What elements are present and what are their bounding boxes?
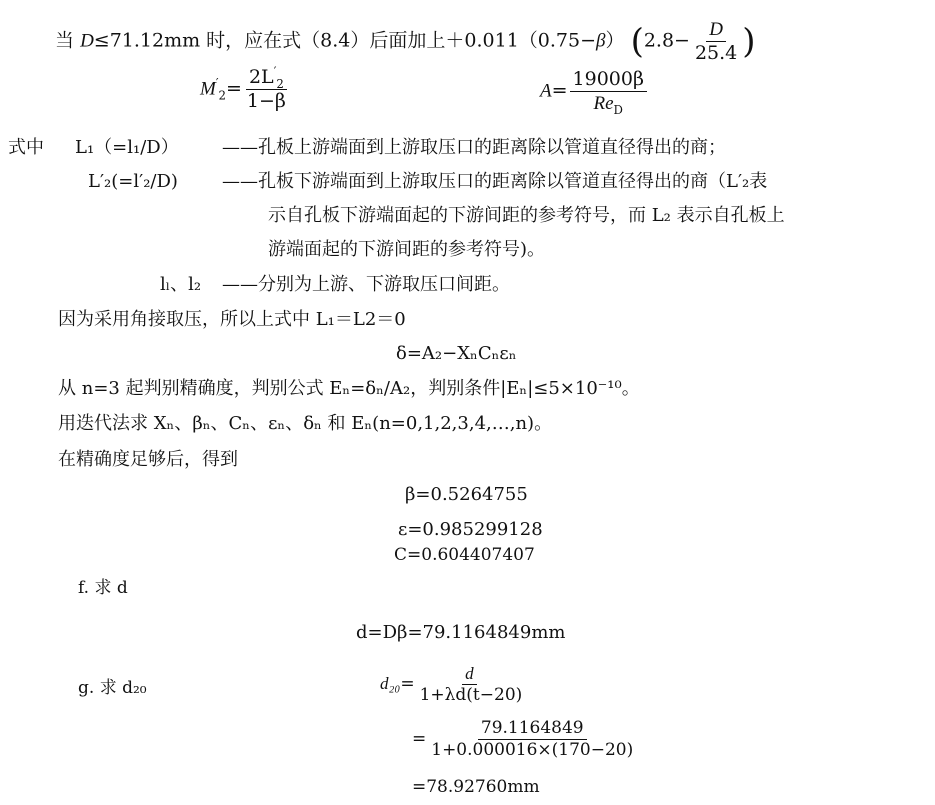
formula-M2-prime: M′2=2L′21−β	[200, 68, 291, 111]
M-subscript: 2	[219, 88, 227, 102]
fraction-d20-general: d1+λd(t−20)	[417, 665, 523, 704]
def-L1-symbol: L₁（=l₁/D）	[75, 139, 179, 157]
dash: ——	[222, 137, 258, 158]
frac-numerator: 79.1164849	[478, 720, 587, 740]
where-label: 式中	[8, 139, 44, 157]
A-denominator-sub: D	[614, 103, 623, 117]
fraction-D-over-25.4: D25.4	[692, 20, 740, 63]
fraction-M2: 2L′21−β	[244, 68, 289, 111]
def-text: 孔板上游端面到上游取压口的距离除以管道直径得出的商；	[258, 137, 726, 158]
frac-denominator: 25.4	[692, 42, 740, 63]
paren-open: (	[631, 22, 644, 62]
def-l-symbol: lₗ、l₂	[160, 276, 201, 294]
paren-close: )	[742, 22, 755, 62]
def-text: 孔板下游端面到上游取压口的距离除以管道直径得出的商（L′₂表	[258, 171, 767, 192]
step-g-result: =78.92760mm	[412, 779, 540, 796]
equation-delta: δ=A₂−XₙCₙεₙ	[396, 345, 517, 363]
paren-inner: 2.8−	[644, 30, 690, 52]
dash: ——	[222, 274, 258, 295]
def-L2-cont-2: 游端面起的下游间距的参考符号)。	[268, 241, 545, 259]
A-denominator: Re	[594, 93, 614, 114]
step-g-eq-1: d₂₀=d1+λd(t−20)	[380, 665, 524, 704]
condition-line: 当 D≤71.12mm 时，应在式（8.4）后面加上＋0.011（0.75−β）…	[55, 20, 756, 63]
symbol-beta: β	[596, 31, 605, 52]
frac-numerator: d	[462, 665, 477, 685]
A-symbol: A	[540, 81, 552, 102]
d20-symbol: d₂₀	[380, 674, 400, 693]
M-numerator-sub: 2	[276, 77, 284, 91]
condition-prefix: 当	[55, 30, 74, 52]
def-L2-cont-1: 示自孔板下游端面起的下游间距的参考符号，而 L₂ 表示自孔板上	[268, 207, 785, 225]
A-numerator: 19000β	[570, 70, 647, 92]
def-L1-text: ——孔板上游端面到上游取压口的距离除以管道直径得出的商；	[222, 139, 726, 157]
M-denominator: 1−β	[244, 90, 289, 111]
paragraph-corner-taps: 因为采用角接取压，所以上式中 L₁＝L2＝0	[58, 311, 406, 329]
dash: ——	[222, 171, 258, 192]
symbol-D: D	[80, 31, 94, 52]
result-epsilon: ε=0.985299128	[398, 521, 543, 539]
paragraph-result-intro: 在精确度足够后，得到	[58, 451, 238, 469]
paragraph-precision: 从 n=3 起判别精确度，判别公式 Eₙ=δₙ/A₂，判别条件|Eₙ|≤5×10…	[58, 380, 640, 398]
def-L2-text: ——孔板下游端面到上游取压口的距离除以管道直径得出的商（L′₂表	[222, 173, 767, 191]
def-L2-symbol: L′₂(=l′₂/D)	[88, 173, 178, 191]
step-g-label: g. 求 d₂₀	[78, 680, 147, 697]
result-C: C=0.604407407	[394, 547, 535, 564]
fraction-d20-numeric: 79.11648491+0.000016×(170−20)	[428, 720, 636, 759]
frac-denominator: 1+0.000016×(170−20)	[428, 740, 636, 759]
fraction-A: 19000βReD	[570, 70, 647, 113]
condition-close: ）	[606, 30, 625, 52]
frac-numerator: D	[706, 20, 726, 42]
M-numerator: 2L	[249, 66, 274, 88]
formula-A: A=19000βReD	[540, 70, 649, 113]
def-text: 分别为上游、下游取压口间距。	[258, 274, 510, 295]
step-g-eq-2: =79.11648491+0.000016×(170−20)	[412, 720, 638, 759]
step-f-equation: d=Dβ=79.1164849mm	[356, 624, 565, 642]
paragraph-iteration: 用迭代法求 Xₙ、βₙ、Cₙ、εₙ、δₙ 和 Eₙ(n=0,1,2,3,4,…,…	[58, 415, 552, 433]
M-symbol: M	[200, 79, 216, 100]
def-l-text: ——分别为上游、下游取压口间距。	[222, 276, 510, 294]
condition-text: ≤71.12mm 时，应在式（8.4）后面加上＋0.011（0.75−	[94, 30, 596, 52]
step-f-label: f. 求 d	[78, 580, 128, 597]
result-beta: β=0.5264755	[405, 486, 528, 504]
frac-denominator: 1+λd(t−20)	[417, 685, 523, 704]
